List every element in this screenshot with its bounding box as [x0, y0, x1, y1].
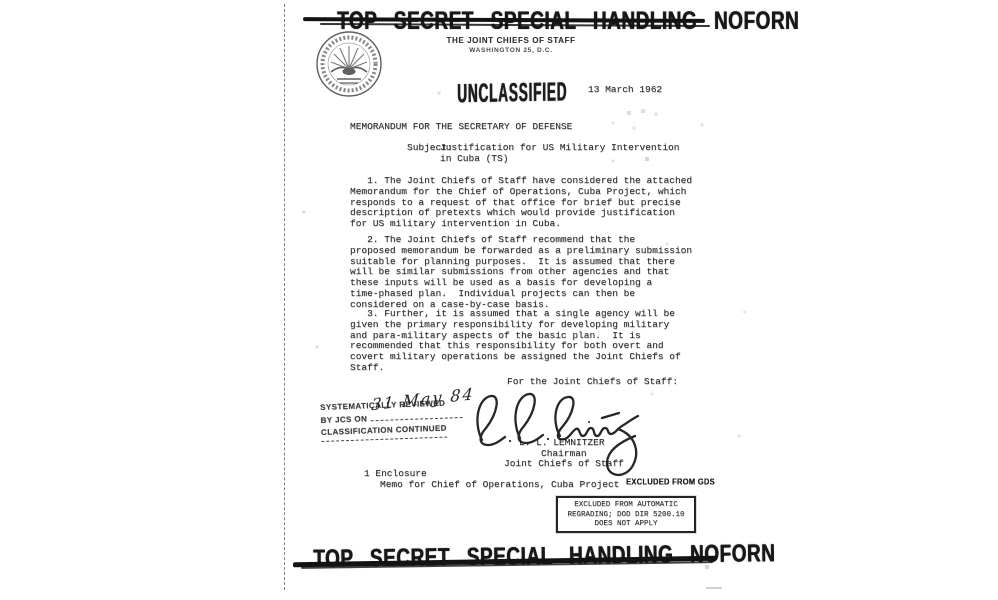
scan-edge-line — [284, 4, 285, 590]
exclusion-box-text: EXCLUDED FROM AUTOMATIC REGRADING; DOD D… — [567, 501, 684, 530]
body-paragraph-2: 2. The Joint Chiefs of Staff recommend t… — [350, 235, 692, 311]
document-date: 13 March 1962 — [588, 85, 662, 96]
scanned-document-page: TOP SECRET SPECIAL HANDLING NOFORN THE J… — [0, 0, 998, 600]
memo-recipient-line: MEMORANDUM FOR THE SECRETARY OF DEFENSE — [350, 122, 572, 133]
body-paragraph-1: 1. The Joint Chiefs of Staff have consid… — [350, 176, 692, 230]
body-paragraph-3: 3. Further, it is assumed that a single … — [350, 309, 681, 374]
subject-text: Justification for US Military Interventi… — [440, 143, 679, 165]
classification-banner-top: TOP SECRET SPECIAL HANDLING NOFORN — [337, 8, 799, 37]
letterhead-organization: THE JOINT CHIEFS OF STAFF — [440, 36, 582, 45]
signature-script — [468, 384, 653, 484]
joint-chiefs-seal-icon — [314, 29, 384, 99]
unclassified-stamp: UNCLASSIFIED — [457, 77, 567, 110]
scan-smudge — [706, 587, 722, 589]
exclusion-box: EXCLUDED FROM AUTOMATIC REGRADING; DOD D… — [556, 496, 696, 533]
letterhead-city: WASHINGTON 25, D.C. — [440, 47, 582, 54]
scan-noise — [0, 0, 2, 2]
